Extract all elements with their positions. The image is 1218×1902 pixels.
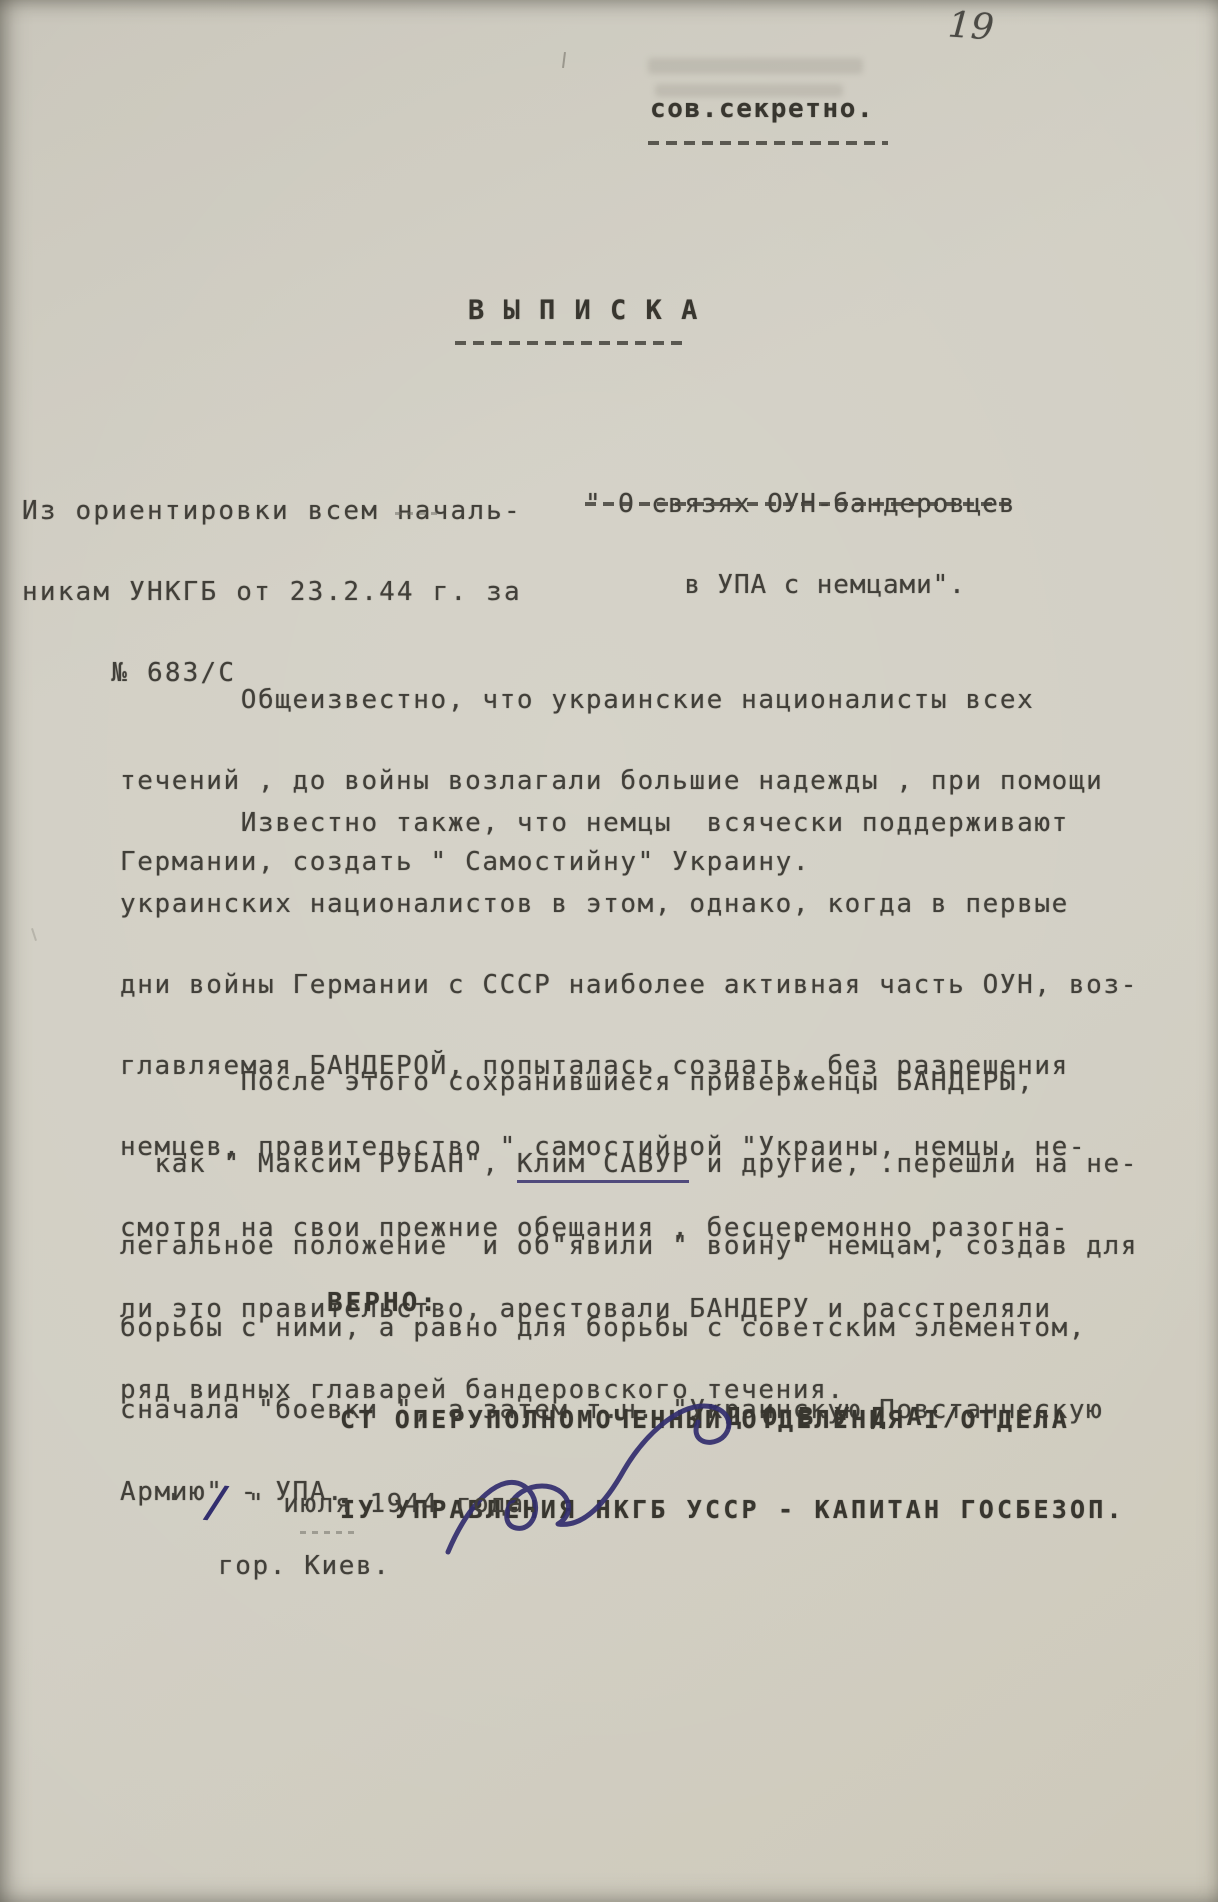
document-page: 19 сов.секретно. В Ы П И С К А Из ориент… xyxy=(0,0,1218,1902)
text-line: борьбы с ними, а равно для борьбы с сове… xyxy=(120,1315,1138,1343)
text-segment: и другие, .перешли на не- xyxy=(689,1149,1138,1179)
document-title: В Ы П И С К А xyxy=(468,297,699,324)
text-line: Общеизвестно, что украинские националист… xyxy=(120,687,1103,714)
faded-stamp-mark xyxy=(648,58,863,74)
text-line: украинских националистов в этом, однако,… xyxy=(120,891,1138,918)
text-line: дни войны Германии с СССР наиболее актив… xyxy=(120,972,1138,999)
handwritten-page-number: 19 xyxy=(947,4,996,48)
date-text: июля 1944 года. xyxy=(283,1491,542,1518)
dashed-underline xyxy=(648,141,888,145)
text-segment: как " Максим РУБАН", xyxy=(120,1149,517,1179)
subject-line: в УПА с немцами". xyxy=(585,572,1015,599)
text-line: легальное положение и об"явили " войну" … xyxy=(120,1233,1138,1261)
reference-line: никам УНКГБ от 23.2.44 г. за xyxy=(22,579,522,606)
dashed-underline xyxy=(455,341,685,345)
dashed-underline xyxy=(585,502,1015,506)
handwritten-day: / xyxy=(207,1487,228,1519)
classification-label: сов.секретно. xyxy=(650,96,874,123)
text-line: как " Максим РУБАН", Клим САВУР и другие… xyxy=(120,1151,1138,1179)
subject-block: " О связях ОУН-бандеровцев в УПА с немца… xyxy=(585,437,1015,653)
reference-line: Из ориентировки всем началь- xyxy=(22,498,522,525)
text-line: После этого сохранившиеся приверженцы БА… xyxy=(120,1069,1138,1097)
stray-pen-mark xyxy=(562,52,566,68)
text-line: Известно также, что немцы всячески подде… xyxy=(120,810,1138,837)
pen-underlined-name: Клим САВУР xyxy=(517,1149,690,1183)
verno-label: ВЕРНО: xyxy=(327,1290,439,1317)
city-line: гор. Киев. xyxy=(218,1553,391,1580)
quote-mark: " xyxy=(248,1491,265,1518)
small-dash-marks xyxy=(300,1531,354,1534)
stray-pen-mark xyxy=(31,928,37,941)
small-dash-marks xyxy=(395,512,441,515)
date-line: " / " июля 1944 года. xyxy=(163,1488,542,1518)
quote-mark: " xyxy=(163,1491,180,1518)
handwritten-signature xyxy=(430,1380,770,1580)
